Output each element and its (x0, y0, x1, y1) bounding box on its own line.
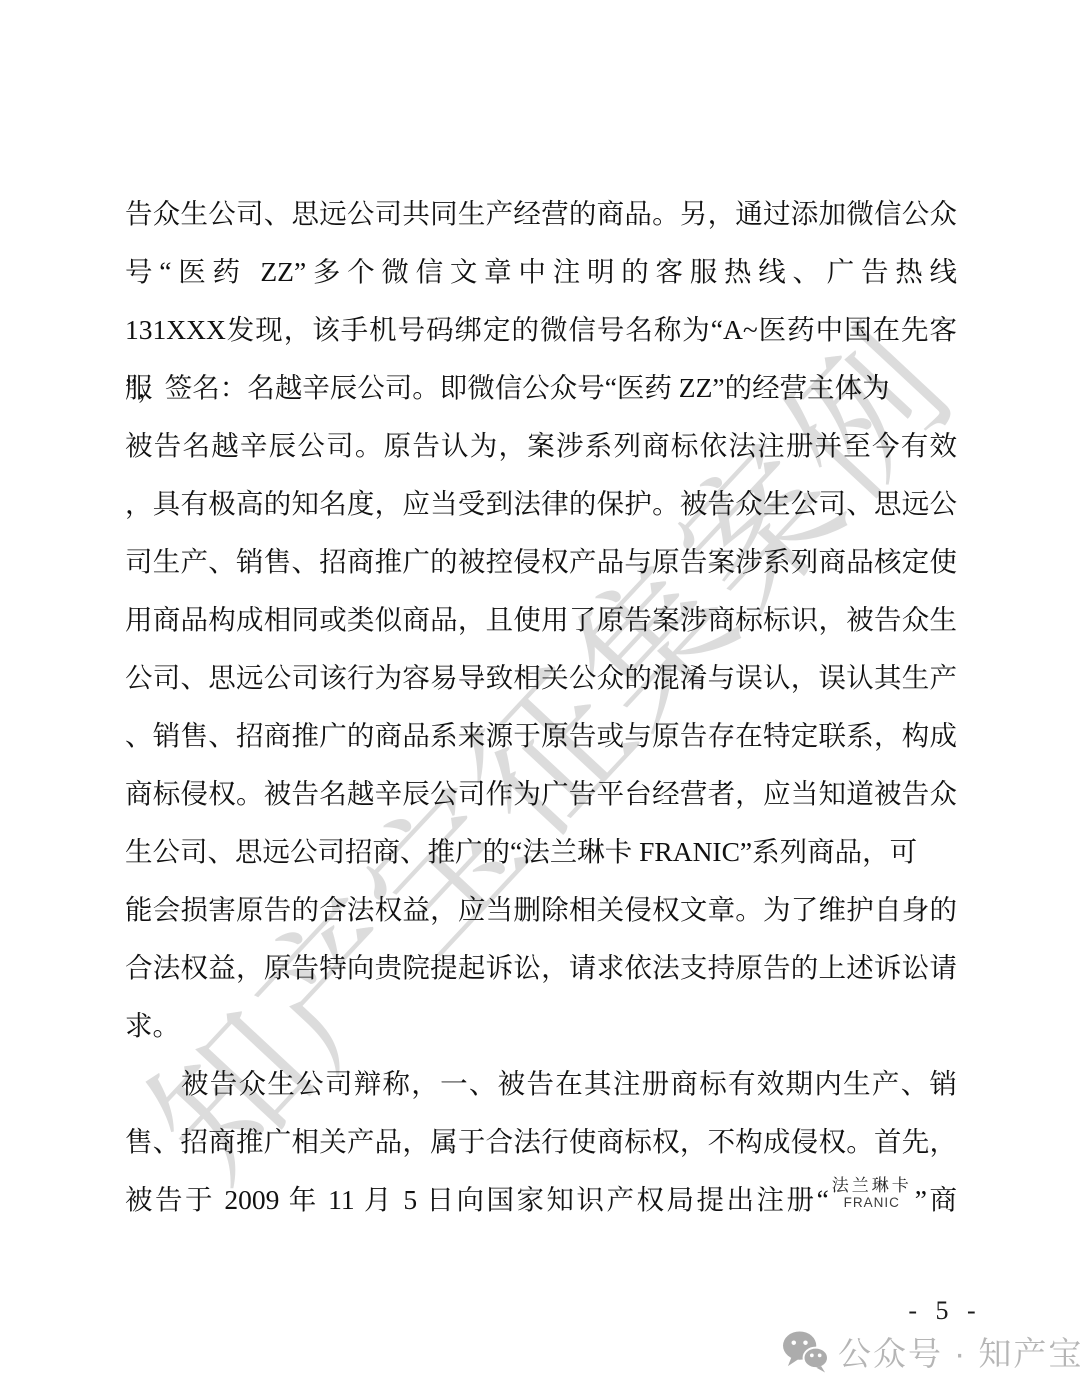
open-quote: “ (817, 1184, 829, 1215)
text-line: 售、招商推广相关产品，属于合法行使商标权，不构成侵权。首先， (125, 1113, 957, 1171)
text-line-paragraph-start: 被告众生公司辩称，一、被告在其注册商标有效期内生产、销 (125, 1055, 957, 1113)
footer-brand-text: 公众号 · 知产宝 (838, 1328, 1080, 1375)
text-line: 商标侵权。被告名越辛辰公司作为广告平台经营者，应当知道被告众 (125, 765, 957, 823)
text-line: 号“医药 ZZ”多个微信文章中注明的客服热线、广告热线 (125, 243, 957, 301)
text-line: ，具有极高的知名度，应当受到法律的保护。被告众生公司、思远公 (125, 475, 957, 533)
document-page: 知产宝征集案例 告众生公司、思远公司共同生产经营的商品。另，通过添加微信公众 号… (0, 0, 1080, 1397)
text-line: 生公司、思远公司招商、推广的“法兰琳卡 FRANIC”系列商品，可 (125, 823, 957, 881)
text-line: 告众生公司、思远公司共同生产经营的商品。另，通过添加微信公众 (125, 185, 957, 243)
line18-suffix: 商 (927, 1184, 957, 1215)
text-line: 被告名越辛辰公司。原告认为，案涉系列商标依法注册并至今有效 (125, 417, 957, 475)
text-line: 公司、思远公司该行为容易导致相关公众的混淆与误认，误认其生产 (125, 649, 957, 707)
text-line: 司生产、销售、招商推广的被控侵权产品与原告案涉系列商品核定使 (125, 533, 957, 591)
text-line-with-trademark: 被告于 2009 年 11 月 5 日向国家知识产权局提出注册“法兰琳卡FRAN… (125, 1171, 957, 1229)
line18-prefix: 被告于 2009 年 11 月 5 日向国家知识产权局提出注册 (125, 1184, 817, 1215)
footer-brand: 公众号 · 知产宝 (782, 1328, 1080, 1375)
text-line: 能会损害原告的合法权益，应当删除相关侵权文章。为了维护自身的 (125, 881, 957, 939)
page-number: - 5 - (880, 1296, 1010, 1326)
close-quote: ” (915, 1184, 927, 1215)
text-line: 合法权益，原告特向贵院提起诉讼，请求依法支持原告的上述诉讼请 (125, 939, 957, 997)
text-line: 求。 (125, 997, 957, 1055)
text-line: 用商品构成相同或类似商品，且使用了原告案涉商标标识，被告众生 (125, 591, 957, 649)
trademark-latin-text: FRANIC (844, 1196, 900, 1211)
wechat-icon (782, 1330, 829, 1373)
text-line: 、销售、招商推广的商品系来源于原告或与原告存在特定联系，构成 (125, 707, 957, 765)
text-line: 131XXX发现，该手机号码绑定的微信号名称为“A~医药中国在先客服 (125, 301, 957, 359)
franic-trademark-mark: 法兰琳卡FRANIC (832, 1177, 912, 1211)
trademark-chinese-text: 法兰琳卡 (832, 1177, 912, 1196)
text-line: ”，签名：名越辛辰公司。即微信公众号“医药 ZZ”的经营主体为 (125, 359, 957, 417)
document-body: 告众生公司、思远公司共同生产经营的商品。另，通过添加微信公众 号“医药 ZZ”多… (125, 185, 957, 1229)
